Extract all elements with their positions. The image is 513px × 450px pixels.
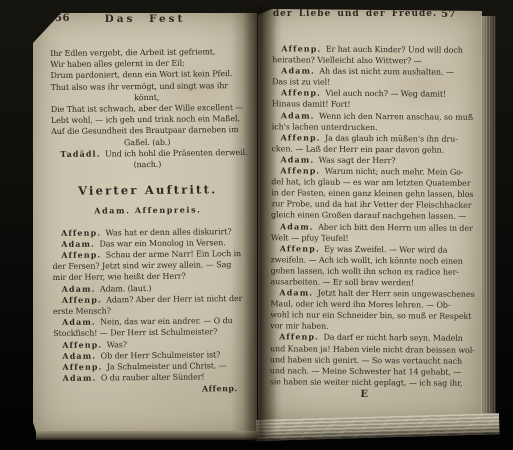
text-line: Adam. Affenpreis. — [52, 204, 244, 217]
text-line: Adam. Aber ich bitt den Herrn um alles i… — [271, 221, 460, 234]
speaker-name: Adam. — [62, 283, 98, 293]
text-line: gleich einen Großen darauf nachgehen las… — [271, 210, 460, 223]
speaker-name: Adam. — [63, 373, 99, 383]
book-spread-photo: 56 Das Fest Ihr Edlen vergebt, die Arbei… — [0, 0, 513, 450]
speaker-name: Adam. — [61, 238, 97, 248]
text-line: sie haben sie weiter nicht geplagt, — ic… — [270, 376, 459, 389]
left-running-header: Das Fest — [33, 13, 257, 25]
text-line: Affenp. Da darf er nicht harb seyn. Made… — [270, 332, 459, 345]
speaker-name: Adam. — [279, 287, 315, 297]
left-bottom-page-edge — [36, 431, 258, 440]
speaker-name: Affenp. — [61, 250, 103, 260]
speaker-name: Affenp. — [280, 243, 322, 253]
text-line: Affenp. Adam? Aber der Herr ist nicht de… — [53, 293, 245, 306]
speaker-name: Affenp. — [62, 362, 104, 372]
speaker-name: Affenp. — [62, 339, 104, 349]
text-line: Hinaus damit! Fort! — [272, 99, 461, 112]
right-page: der Liebe und der Freude. 57 Affenp. Er … — [258, 9, 482, 421]
text-line: Vierter Auftritt. — [52, 184, 244, 197]
right-page-text-block: Affenp. Er hat auch Kinder? Und will doc… — [270, 43, 462, 400]
text-line: Auf die Gesundheit des Brautpaar darnebe… — [51, 124, 243, 137]
speaker-name: Tadädl. — [60, 148, 102, 158]
speaker-name: Affenp. — [62, 294, 104, 304]
right-page-number: 57 — [441, 9, 456, 20]
speaker-name: Affenp. — [281, 88, 323, 98]
text-line: Affenp. — [54, 383, 246, 396]
text-line: Adam. O du rauber alter Sünder! — [54, 371, 246, 384]
speaker-name: Adam. — [280, 221, 316, 231]
speaker-name: Adam. — [280, 154, 316, 164]
text-line: (nach.) — [51, 158, 243, 171]
speaker-name: Adam. — [281, 66, 317, 76]
speaker-name: Adam. — [62, 317, 98, 327]
left-page-header-row: 56 Das Fest — [33, 13, 257, 35]
speaker-name: Adam. — [62, 350, 98, 360]
right-running-header: der Liebe und der Freude. — [258, 9, 452, 19]
text-line: E — [270, 388, 459, 401]
left-page-text-block: Ihr Edlen vergebt, die Arbeit ist gefrie… — [50, 46, 246, 397]
speaker-name: Adam. — [281, 110, 317, 120]
speaker-name: Affenp. — [279, 332, 321, 342]
speaker-name: Affenp. — [61, 227, 103, 237]
fore-edge-page-stack — [481, 16, 496, 418]
speaker-name: Affenp. — [281, 43, 323, 53]
text-line: Stockfisch! — Der Herr ist Schulmeister? — [53, 326, 245, 339]
speaker-name: Affenp. — [280, 165, 322, 175]
left-page: 56 Das Fest Ihr Edlen vergebt, die Arbei… — [33, 13, 257, 435]
right-page-header-row: der Liebe und der Freude. 57 — [258, 9, 482, 31]
speaker-name: Affenp. — [281, 132, 323, 142]
text-line: Thut also was ihr vermögt, und singt was… — [51, 80, 243, 93]
